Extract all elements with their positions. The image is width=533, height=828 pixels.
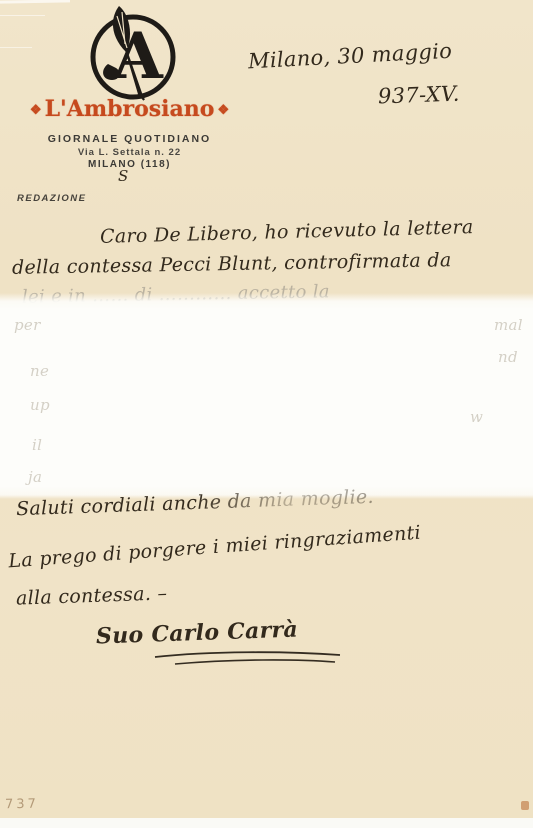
scan-speck-artifact — [521, 801, 529, 810]
scan-bottom-edge — [0, 818, 533, 828]
scan-scratch — [0, 15, 45, 16]
scan-scratch — [0, 47, 32, 48]
ghost-fragment: up — [30, 396, 50, 414]
ghost-fragment: per — [14, 316, 41, 334]
ghost-fragment: il — [32, 436, 42, 454]
department-label: REDAZIONE — [17, 193, 86, 204]
ghost-fragment: mal — [494, 316, 523, 334]
pencil-archive-number: 737 — [5, 797, 39, 813]
handwritten-date-year: 937-XV. — [378, 82, 460, 109]
ambrosiano-logo: A — [82, 4, 182, 107]
scan-edge-artifact — [0, 0, 70, 4]
closing-request: La prego di porgere i miei ringraziament… — [8, 522, 422, 573]
street-address: Via L. Settala n. 22 — [22, 147, 237, 158]
masthead-title: ❖L'Ambrosiano❖ — [22, 96, 237, 122]
body-line-1: Caro De Libero, ho ricevuto la lettera — [100, 216, 474, 248]
section-mark: S — [118, 167, 148, 185]
ghost-fragment: nd — [498, 348, 518, 366]
signature: Suo Carlo Carrà — [96, 616, 299, 649]
signature-underline — [150, 650, 345, 673]
quill-monogram-icon: A — [82, 4, 182, 102]
ghost-fragment: w — [470, 408, 483, 426]
ghost-fragment: ne — [30, 362, 49, 380]
overexposed-band — [0, 293, 533, 499]
handwritten-date-place: Milano, 30 maggio — [248, 39, 453, 74]
ghost-fragment: ja — [28, 468, 42, 486]
fleuron-icon: ❖ — [214, 103, 232, 118]
closing-request-2: alla contessa. – — [16, 582, 168, 609]
letter-scan: A ❖L'Ambrosiano❖ GIORNALE QUOTIDIANO Via… — [0, 0, 533, 828]
body-line-2: della contessa Pecci Blunt, controfirmat… — [12, 249, 452, 279]
newspaper-subtitle: GIORNALE QUOTIDIANO — [22, 133, 237, 145]
fleuron-icon: ❖ — [27, 103, 45, 118]
masthead-text: L'Ambrosiano — [45, 96, 215, 122]
